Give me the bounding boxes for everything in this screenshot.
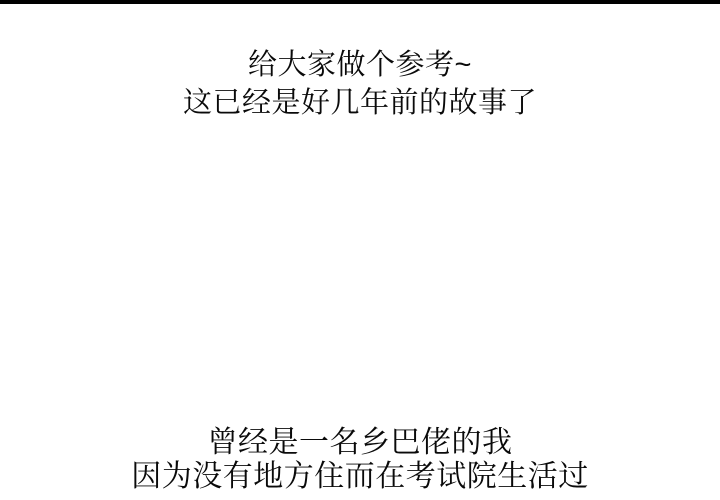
narration-top-line-2: 这已经是好几年前的故事了 xyxy=(0,84,720,122)
panel-top-border xyxy=(0,0,720,4)
narration-top-line-1: 给大家做个参考~ xyxy=(0,46,720,84)
narration-top: 给大家做个参考~ 这已经是好几年前的故事了 xyxy=(0,46,720,122)
narration-bottom-line-2: 因为没有地方住而在考试院生活过 xyxy=(0,460,720,494)
comic-page: 给大家做个参考~ 这已经是好几年前的故事了 曾经是一名乡巴佬的我 因为没有地方住… xyxy=(0,0,720,500)
narration-bottom: 曾经是一名乡巴佬的我 因为没有地方住而在考试院生活过 xyxy=(0,426,720,494)
narration-bottom-line-1: 曾经是一名乡巴佬的我 xyxy=(0,426,720,460)
